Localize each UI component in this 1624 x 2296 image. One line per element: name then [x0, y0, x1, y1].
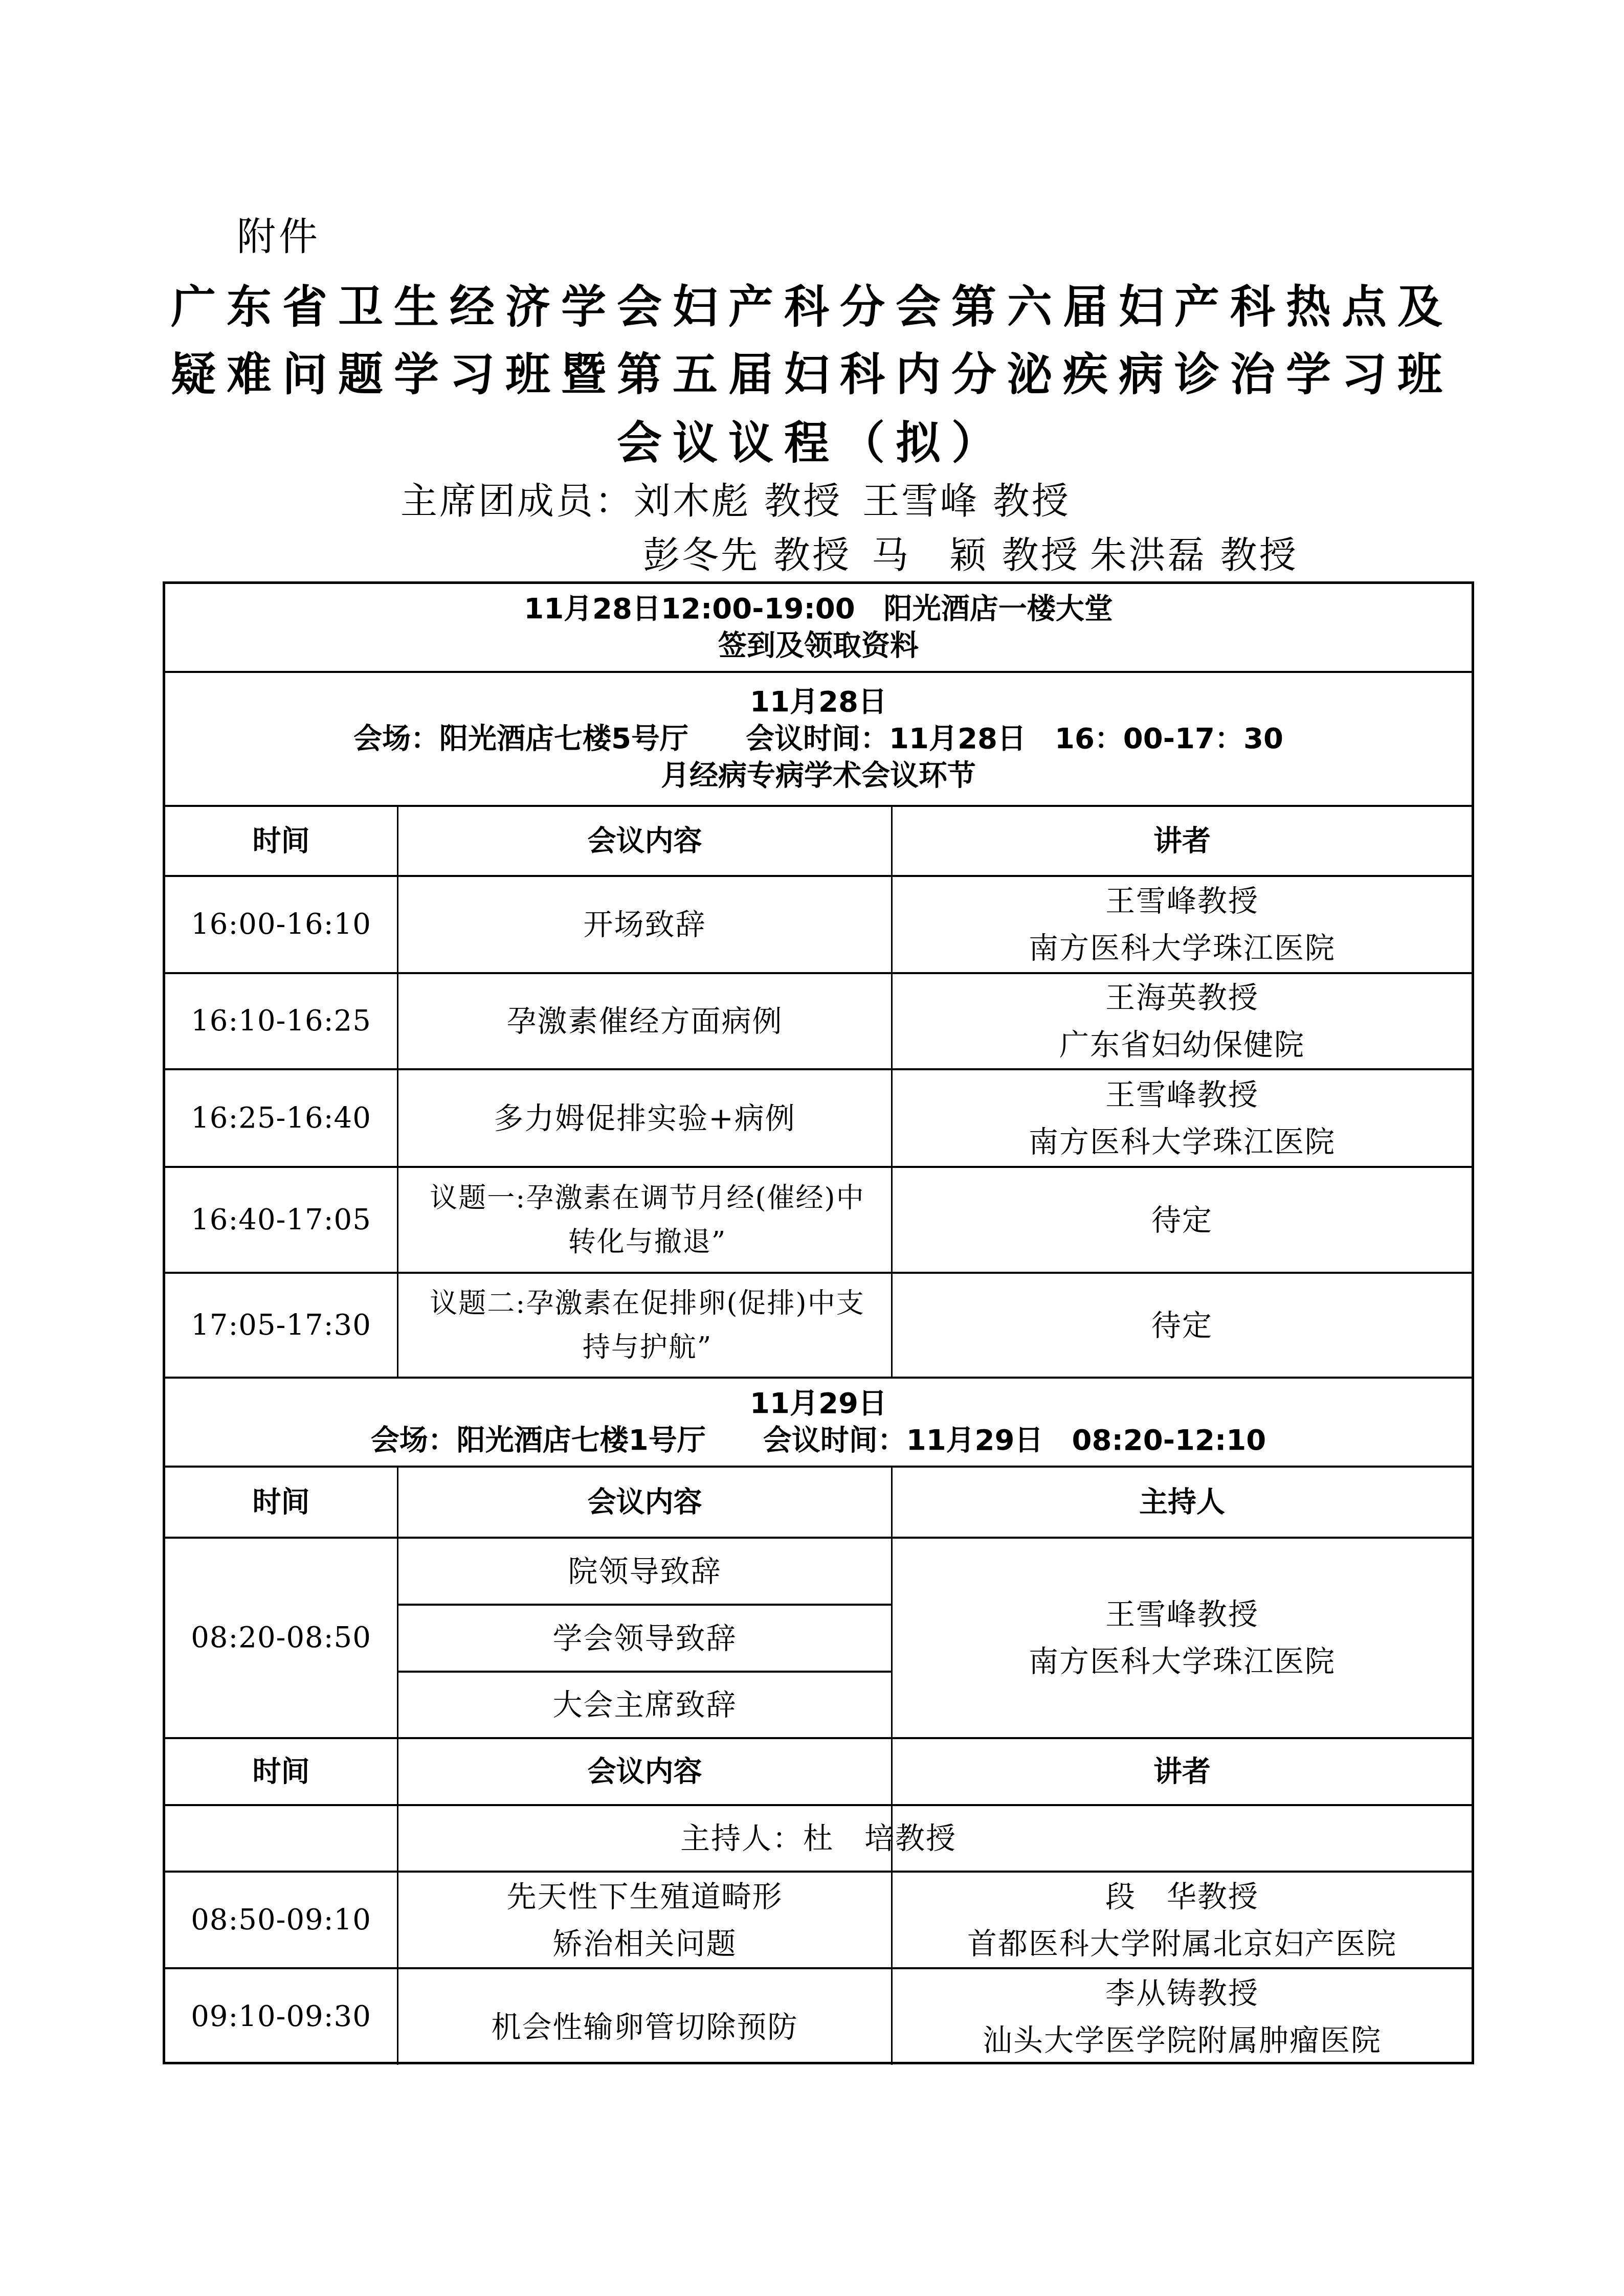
row-content: 多力姆促排实验+病例 [398, 1070, 891, 1166]
document-title-line-2: 疑难问题学习班暨第五届妇科内分泌疾病诊治学习班 [0, 350, 1624, 399]
header-content: 会议内容 [398, 1468, 891, 1537]
chairman-name: 马 颖 教授 [872, 533, 1080, 576]
chairman-name: 彭冬先 教授 [643, 533, 851, 576]
header-content: 会议内容 [398, 1739, 891, 1804]
row-time: 08:20-08:50 [165, 1539, 397, 1737]
row-content: 孕激素催经方面病例 [398, 974, 891, 1068]
host-affiliation: 南方医科大学珠江医院 [1029, 1638, 1336, 1685]
speaker-affiliation: 南方医科大学珠江医院 [1029, 925, 1336, 972]
content-line: 先天性下生殖道畸形 [506, 1873, 783, 1920]
day2-date: 11月29日 [750, 1385, 887, 1422]
row-time: 17:05-17:30 [165, 1274, 397, 1377]
day1-venue-time: 会场：阳光酒店七楼5号厅 会议时间：11月28日 16：00-17：30 [353, 721, 1283, 757]
opening-host: 王雪峰教授 南方医科大学珠江医院 [893, 1539, 1472, 1737]
agenda-table: 11月28日12:00-19:00 阳光酒店一楼大堂 签到及领取资料 11月28… [163, 581, 1474, 2064]
day2-venue-time: 会场：阳光酒店七楼1号厅 会议时间：11月29日 08:20-12:10 [371, 1422, 1266, 1459]
registration-note: 签到及领取资料 [718, 627, 919, 664]
row-speaker: 王海英教授 广东省妇幼保健院 [893, 974, 1472, 1068]
row-speaker: 李从铸教授 汕头大学医学院附属肿瘤医院 [893, 1969, 1472, 2064]
header-content: 会议内容 [398, 807, 891, 875]
row-time: 16:00-16:10 [165, 877, 397, 972]
opening-item: 学会领导致辞 [398, 1606, 891, 1671]
day2-header: 11月29日 会场：阳光酒店七楼1号厅 会议时间：11月29日 08:20-12… [165, 1379, 1472, 1466]
header-time: 时间 [165, 1739, 397, 1804]
day1-header: 11月28日 会场：阳光酒店七楼5号厅 会议时间：11月28日 16：00-17… [165, 673, 1472, 805]
row-time: 16:10-16:25 [165, 974, 397, 1068]
row-time: 16:40-17:05 [165, 1168, 397, 1272]
row-speaker: 王雪峰教授 南方医科大学珠江医院 [893, 877, 1472, 972]
day1-session-title: 月经病专病学术会议环节 [661, 757, 976, 794]
chairman-name: 刘木彪 教授 [634, 479, 842, 522]
header-time: 时间 [165, 807, 397, 875]
header-host: 主持人 [893, 1468, 1472, 1537]
chairman-name: 王雪峰 教授 [862, 479, 1071, 522]
speaker-affiliation: 南方医科大学珠江医院 [1029, 1118, 1336, 1165]
row-time: 09:10-09:30 [165, 1969, 397, 2064]
opening-item: 院领导致辞 [398, 1539, 891, 1604]
row-content: 先天性下生殖道畸形 矫治相关问题 [398, 1873, 891, 1967]
speaker-name: 王雪峰教授 [1105, 877, 1259, 925]
row-content: 议题二:孕激素在促排卵(促排)中支持与护航” [398, 1274, 891, 1377]
speaker-affiliation: 广东省妇幼保健院 [1059, 1021, 1305, 1068]
document-title-line-1: 广东省卫生经济学会妇产科分会第六届妇产科热点及 [0, 282, 1624, 331]
speaker-name: 王海英教授 [1105, 974, 1259, 1021]
chairman-name: 朱洪磊 教授 [1090, 533, 1298, 576]
row-content: 机会性输卵管切除预防 [398, 1969, 891, 2064]
row-content: 开场致辞 [398, 877, 891, 972]
speaker-name: 王雪峰教授 [1105, 1071, 1259, 1118]
header-speaker: 讲者 [893, 1739, 1472, 1804]
row-content: 议题一:孕激素在调节月经(催经)中转化与撤退” [398, 1168, 891, 1272]
row-speaker: 王雪峰教授 南方医科大学珠江医院 [893, 1070, 1472, 1166]
chairmen-label: 主席团成员： [401, 479, 634, 522]
row-speaker: 待定 [893, 1274, 1472, 1377]
registration-row: 11月28日12:00-19:00 阳光酒店一楼大堂 签到及领取资料 [165, 584, 1472, 671]
row-speaker: 段 华教授 首都医科大学附属北京妇产医院 [893, 1873, 1472, 1967]
moderator-row: 主持人：杜 培教授 [165, 1806, 1472, 1871]
row-speaker: 待定 [893, 1168, 1472, 1272]
row-time: 08:50-09:10 [165, 1873, 397, 1967]
header-speaker: 讲者 [893, 807, 1472, 875]
registration-time-place: 11月28日12:00-19:00 阳光酒店一楼大堂 [524, 591, 1113, 627]
speaker-affiliation: 首都医科大学附属北京妇产医院 [967, 1920, 1397, 1967]
speaker-name: 段 华教授 [1105, 1873, 1259, 1920]
document-title-line-3: 会议议程（拟） [0, 418, 1624, 467]
chairmen-line-2: 彭冬先 教授马 颖 教授朱洪磊 教授 [643, 533, 1298, 576]
speaker-affiliation: 汕头大学医学院附属肿瘤医院 [983, 2017, 1382, 2064]
row-time: 16:25-16:40 [165, 1070, 397, 1166]
host-name: 王雪峰教授 [1105, 1591, 1259, 1638]
header-time: 时间 [165, 1468, 397, 1537]
opening-item: 大会主席致辞 [398, 1673, 891, 1737]
content-line: 矫治相关问题 [552, 1920, 737, 1967]
day1-date: 11月28日 [750, 684, 887, 721]
attachment-label: 附件 [237, 214, 321, 260]
speaker-name: 李从铸教授 [1105, 1970, 1259, 2017]
chairmen-line-1: 主席团成员：刘木彪 教授王雪峰 教授 [401, 479, 1071, 522]
